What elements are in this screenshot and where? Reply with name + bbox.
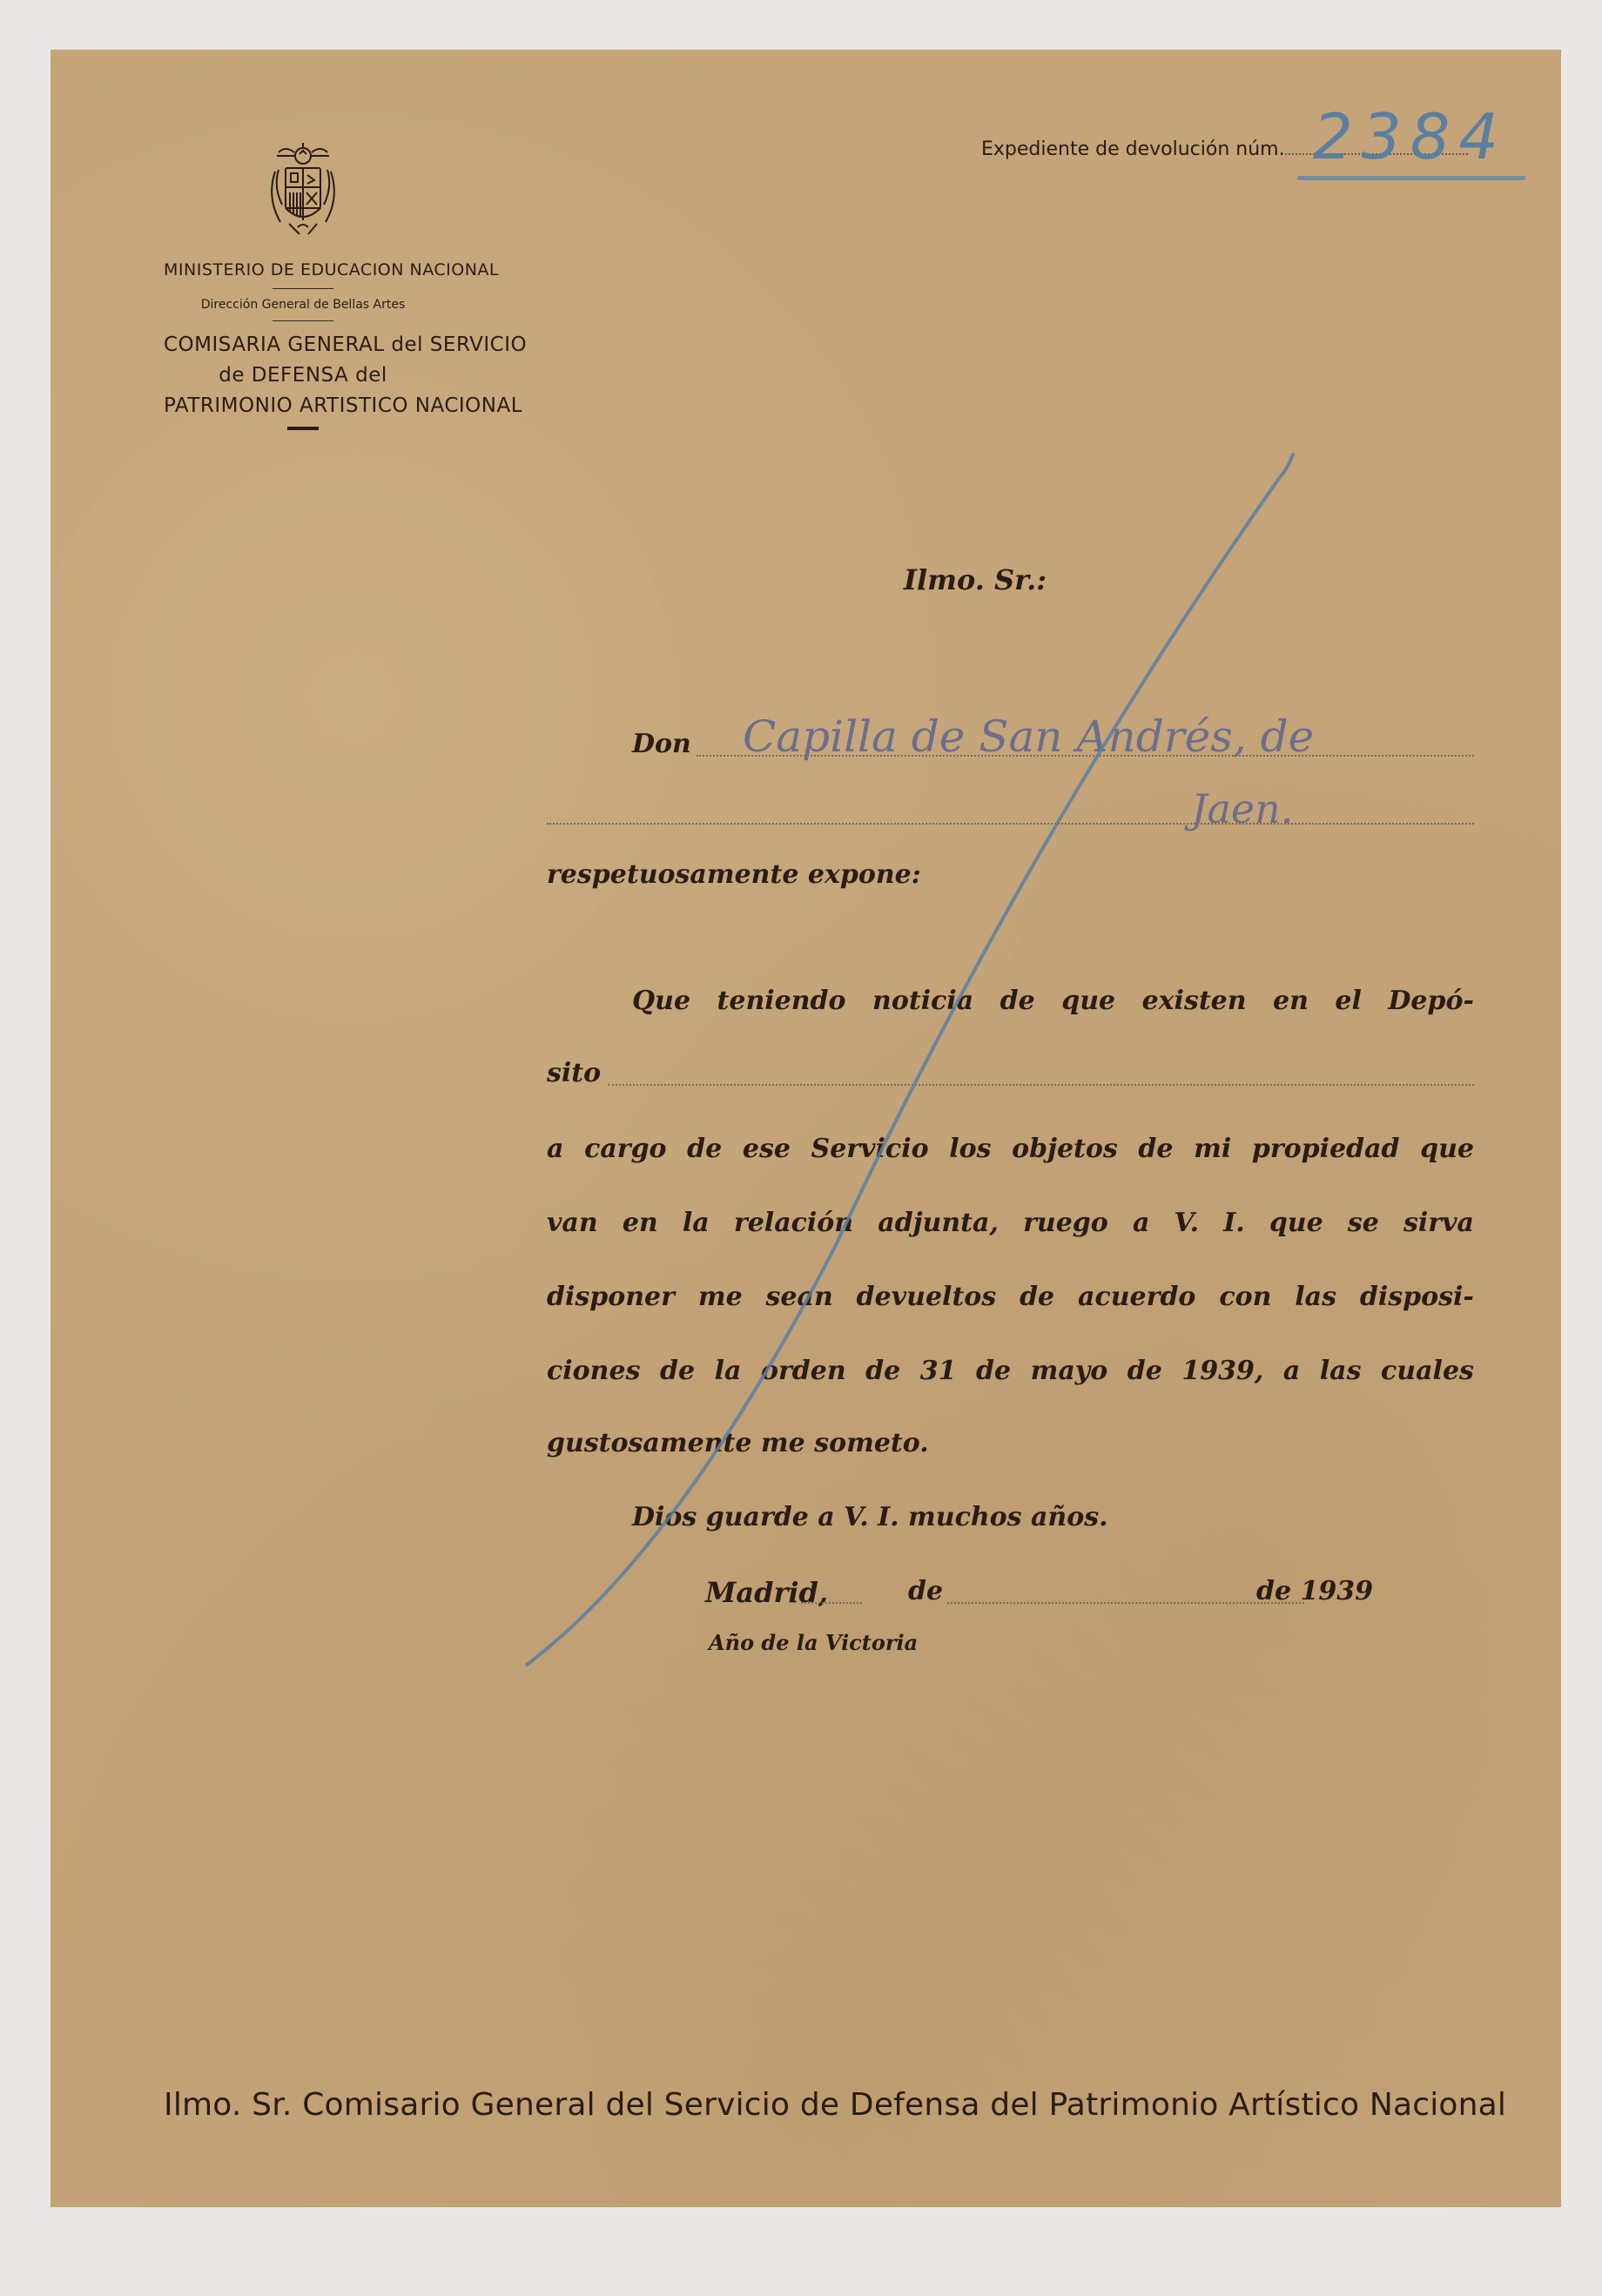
document-page: MINISTERIO DE EDUCACION NACIONAL Direcci… [50, 50, 1561, 2207]
expediente-underline [1297, 176, 1525, 180]
motto: Año de la Victoria [709, 1630, 918, 1655]
directorate-name: Dirección General de Bellas Artes [164, 298, 442, 312]
divider [287, 427, 319, 430]
divider [273, 320, 333, 321]
ministry-name: MINISTERIO DE EDUCACION NACIONAL [164, 260, 442, 279]
day-dotted-line [801, 1602, 862, 1604]
body-line-6: cionesdelaordende31demayode1939,alascual… [547, 1356, 1474, 1386]
commission-line-2: de DEFENSA del [164, 360, 442, 391]
body-line-2-prefix: sito [547, 1058, 601, 1088]
letterhead: MINISTERIO DE EDUCACION NACIONAL Direcci… [164, 137, 442, 430]
petitioner-name-line-2: Jaen. [1191, 785, 1293, 832]
commission-line-1: COMISARIA GENERAL del SERVICIO [164, 330, 442, 360]
closing: Dios guarde a V. I. muchos años. [632, 1502, 1108, 1532]
salutation: Ilmo. Sr.: [904, 563, 1047, 596]
don-label: Don [632, 729, 691, 759]
divider [273, 288, 333, 289]
body-line-7: gustosamente me someto. [547, 1428, 929, 1458]
spanish-coat-of-arms-icon [259, 137, 347, 241]
body-line-5: disponermeseandevueltosdeacuerdoconlasdi… [547, 1282, 1474, 1312]
commission-line-3: PATRIMONIO ARTISTICO NACIONAL [164, 391, 442, 421]
date-de: de [908, 1576, 943, 1606]
month-dotted-line [947, 1602, 1304, 1604]
petitioner-name-line-1: Capilla de San Andrés, de [743, 711, 1314, 762]
expediente-number: 2384 [1313, 100, 1507, 173]
addressee-footer: Ilmo. Sr. Comisario General del Servicio… [164, 2087, 1506, 2123]
expediente-label: Expediente de devolución núm. [981, 138, 1285, 160]
body-line-1: QueteniendonoticiadequeexistenenelDepó- [632, 986, 1474, 1016]
date-city: Madrid, [705, 1576, 828, 1609]
body-line-4: vanenlarelaciónadjunta,ruegoaV.I.quesesi… [547, 1208, 1474, 1238]
body-line-3: acargodeeseServiciolosobjetosdemipropied… [547, 1134, 1474, 1164]
deposit-dotted-line [608, 1084, 1474, 1086]
expone-label: respetuosamente expone: [547, 859, 921, 890]
date-year: de 1939 [1256, 1576, 1373, 1606]
name-dotted-line-2 [547, 823, 1474, 825]
